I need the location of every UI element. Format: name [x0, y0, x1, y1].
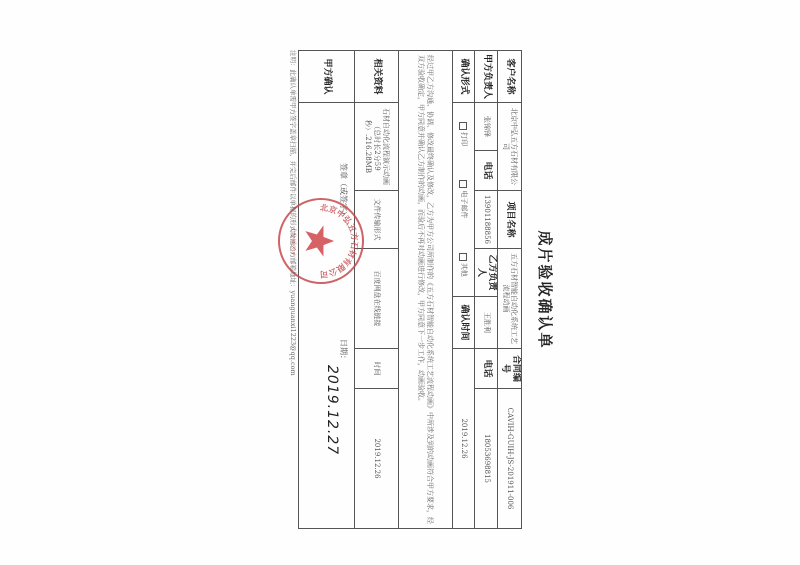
checkbox-label: 打印 [459, 132, 468, 146]
confirm-time-value: 2019.12.26 [453, 349, 475, 529]
party-a-phone-value: 13901188856 [475, 191, 499, 249]
party-a-phone-label: 电话 [475, 151, 499, 191]
related-materials-value: 石材自动化流程演示动画（总时长2分59秒）.216.28MB [355, 103, 399, 191]
footnote: 注明：此确认单需甲方签字盖章扫描，并完后邮件以单据的形式发送乙方邮箱地址：yua… [289, 50, 298, 528]
checkbox-label: 电子邮件 [459, 190, 468, 218]
checkbox-email[interactable]: 电子邮件 [459, 180, 468, 218]
table-row: 经过甲乙方沟通、协调、修改最终确认及修改，乙方为甲方公司所制作的《五方石材智能自… [399, 51, 453, 529]
acceptance-statement: 经过甲乙方沟通、协调、修改最终确认及修改，乙方为甲方公司所制作的《五方石材智能自… [399, 51, 453, 529]
party-a-confirm-label: 甲方确认 [299, 51, 355, 103]
checkbox-icon [460, 122, 468, 130]
table-row: 确认形式 打印 电子邮件 其他 确认时间 2019.12.26 [453, 51, 475, 529]
checkbox-print[interactable]: 打印 [459, 122, 468, 146]
checkbox-other[interactable]: 其他 [459, 253, 468, 277]
date-label: 日期： [338, 339, 348, 363]
table-row: 甲方负责人 张锦锋 电话 13901188856 乙方负责人 王胜利 电话 18… [475, 51, 499, 529]
transfer-time-label: 时间 [355, 349, 399, 389]
transfer-time-value: 2019.12.26 [355, 389, 399, 529]
form-table: 客户名称 北京中弘五方石材有限公司 项目名称 五方石材智能自动化系统工艺流程动画… [298, 50, 522, 529]
scanned-page: 成片验收确认单 客户名称 北京中弘五方石材有限公司 项目名称 五方石材智能自动化… [0, 0, 800, 565]
checkbox-icon [460, 180, 468, 188]
party-a-lead-label: 甲方负责人 [475, 51, 499, 103]
project-name-label: 项目名称 [498, 191, 522, 249]
party-b-lead-label: 乙方负责人 [475, 249, 499, 297]
client-name-value: 北京中弘五方石材有限公司 [498, 103, 522, 191]
party-b-lead-value: 王胜利 [475, 297, 499, 349]
checkbox-label: 其他 [459, 263, 468, 277]
checkbox-icon [460, 253, 468, 261]
party-a-lead-value: 张锦锋 [475, 103, 499, 151]
form-title: 成片验收确认单 [535, 48, 556, 532]
confirm-form-label: 确认形式 [453, 51, 475, 103]
contract-no-label: 合同编号 [498, 349, 522, 389]
party-b-phone-label: 电话 [475, 349, 499, 389]
contract-no-value: CAVIH-GUIH-JS-201911-006 [498, 389, 522, 529]
table-row: 甲方确认 签章（或签字） 日期： 2019.12.27 [299, 51, 355, 529]
handwritten-date: 2019.12.27 [323, 365, 341, 455]
party-b-phone-value: 18053698815 [475, 389, 499, 529]
table-row: 相关资料 石材自动化流程演示动画（总时长2分59秒）.216.28MB 文件传输… [355, 51, 399, 529]
client-name-label: 客户名称 [498, 51, 522, 103]
confirm-time-label: 确认时间 [453, 297, 475, 349]
table-row: 客户名称 北京中弘五方石材有限公司 项目名称 五方石材智能自动化系统工艺流程动画… [498, 51, 522, 529]
related-materials-label: 相关资料 [355, 51, 399, 103]
signature-area: 签章（或签字） 日期： 2019.12.27 [299, 103, 355, 529]
acceptance-form: 成片验收确认单 客户名称 北京中弘五方石材有限公司 项目名称 五方石材智能自动化… [270, 48, 560, 532]
project-name-value: 五方石材智能自动化系统工艺流程动画 [498, 249, 522, 349]
confirm-form-options: 打印 电子邮件 其他 [453, 103, 475, 297]
